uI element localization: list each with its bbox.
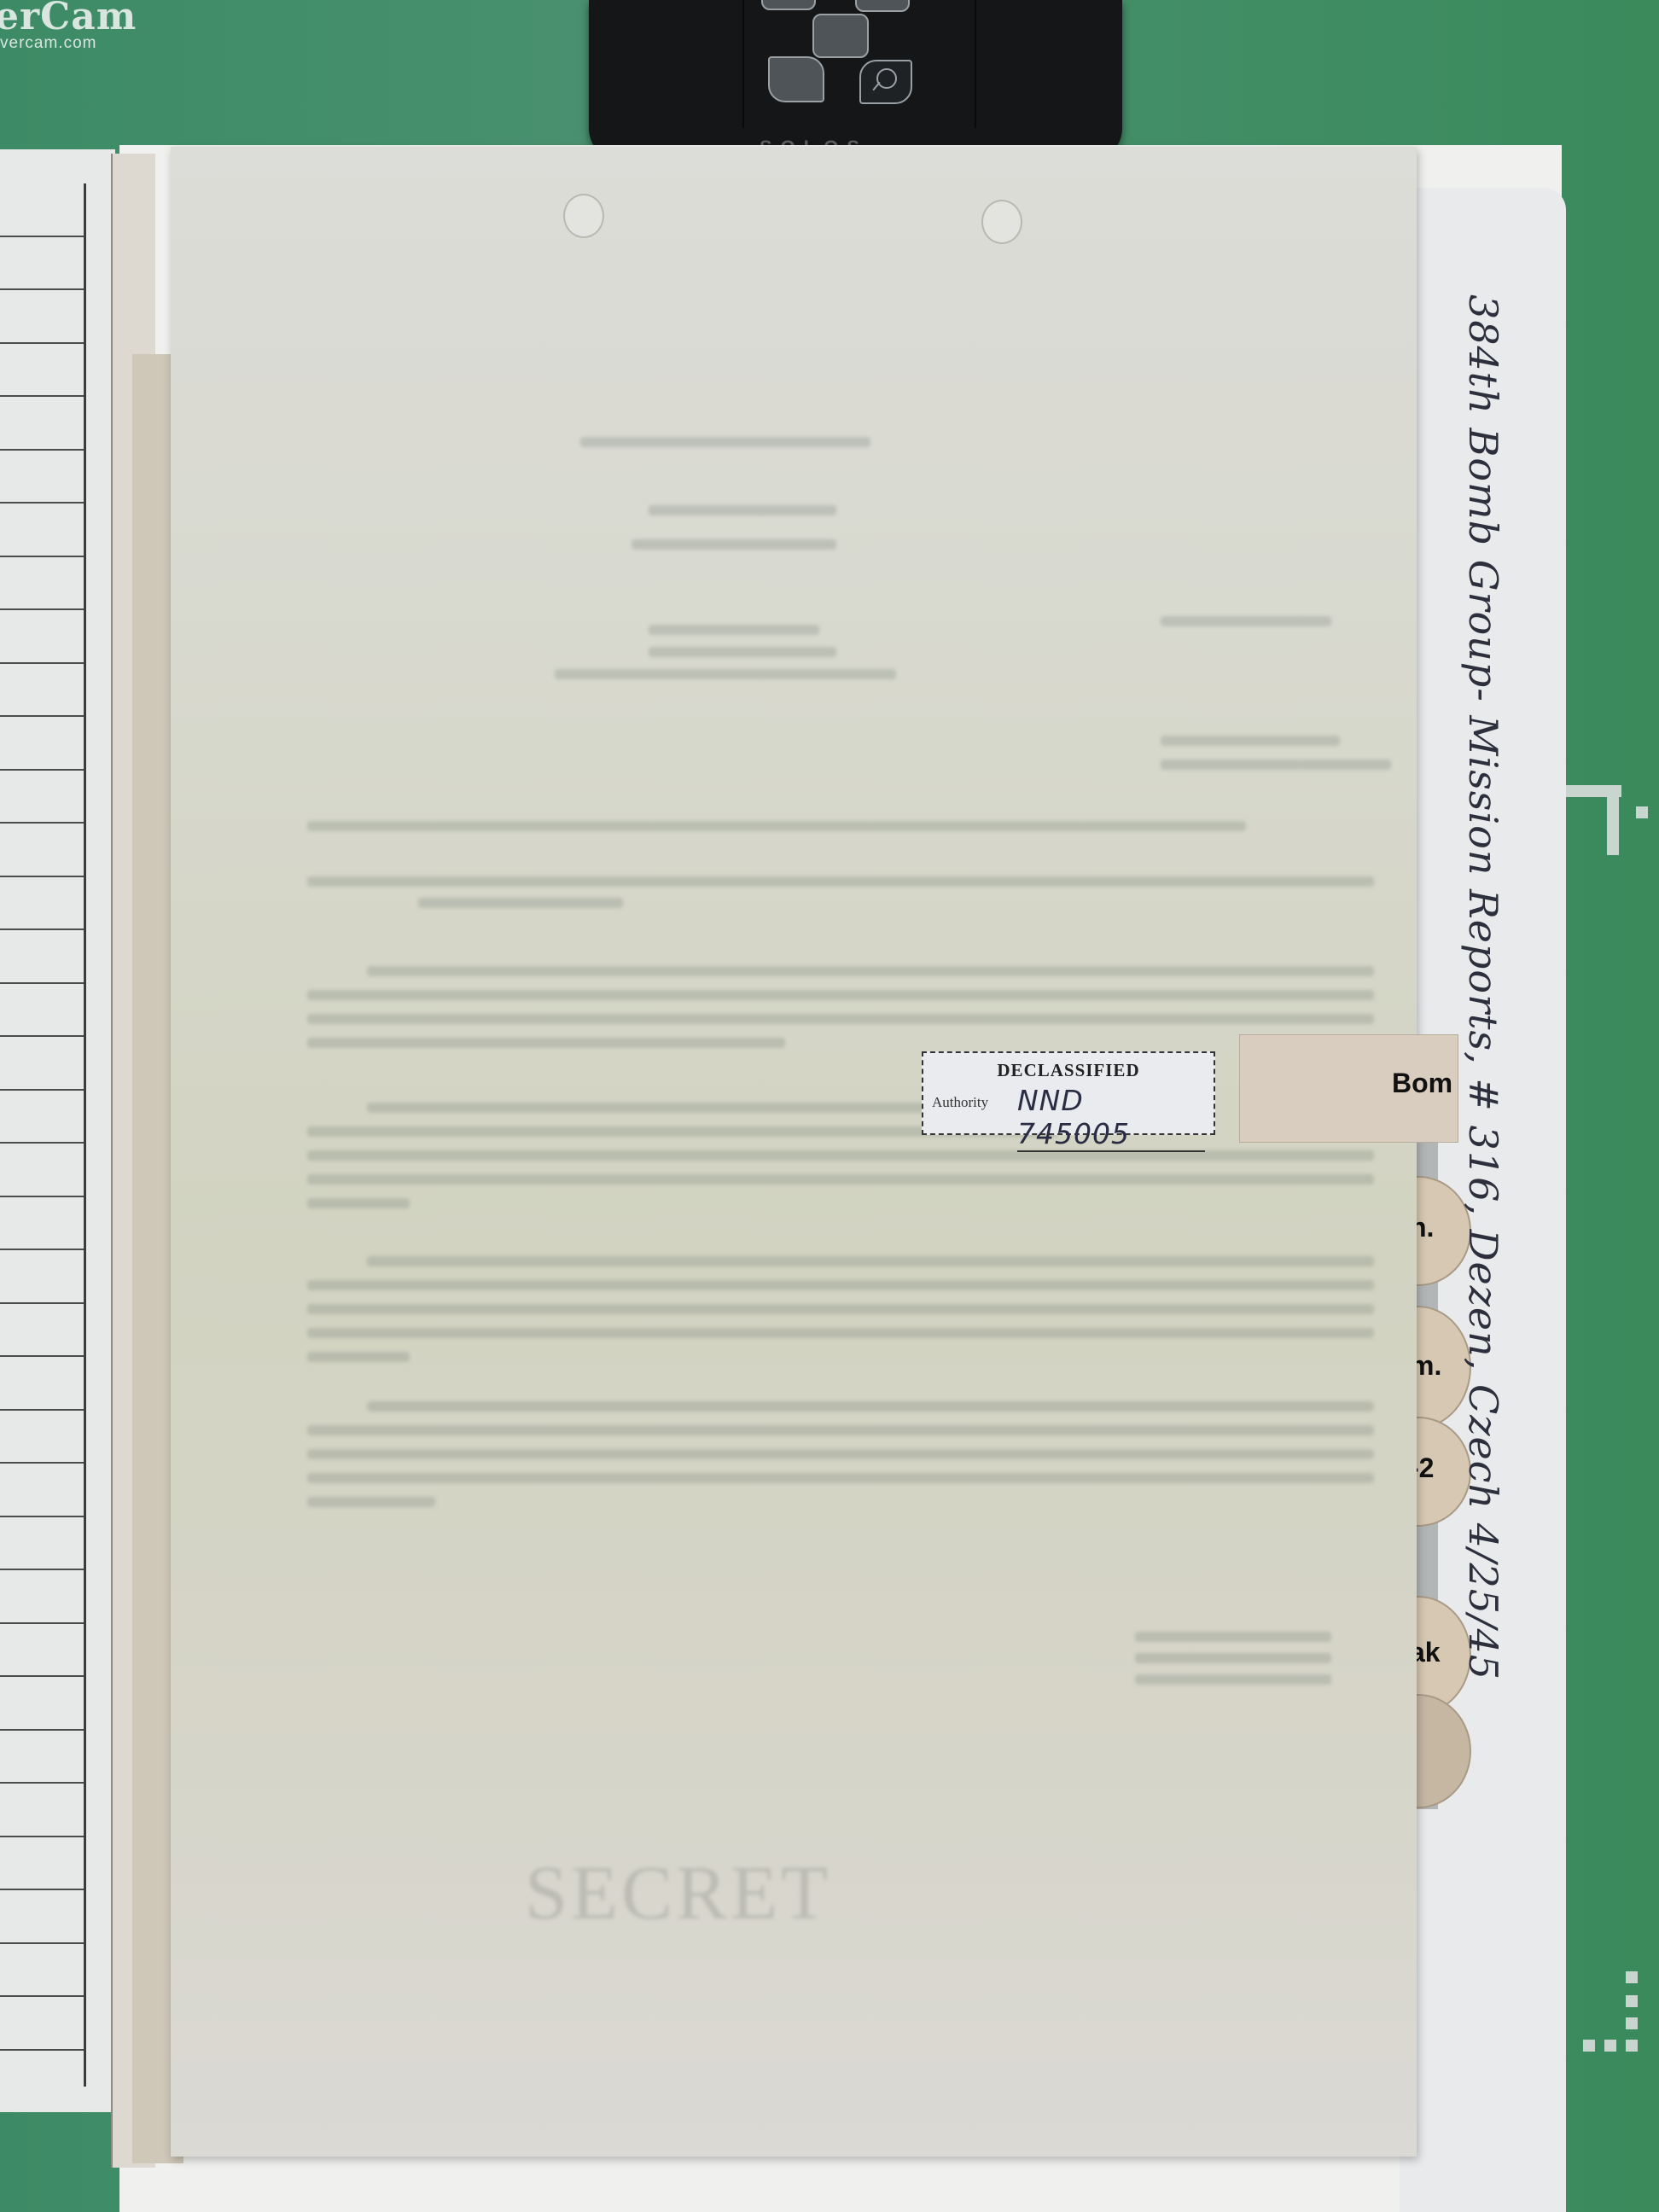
handwritten-folder-label: 384th Bomb Group- Mission Reports, # 316…: [1460, 294, 1506, 1680]
stamp-authority-value: NND 745005: [1017, 1084, 1205, 1152]
document-camera-device: SOLOS: [589, 0, 1122, 162]
button-icon: [768, 56, 824, 102]
adjacent-ruled-form: [0, 149, 115, 2112]
classification-footer: SECRET: [525, 1849, 831, 1937]
divider-tab-main[interactable]: Bom: [1239, 1034, 1458, 1143]
ruled-grid: [0, 183, 86, 2087]
watermark-brand: erCam: [0, 0, 137, 38]
button-icon: [812, 14, 869, 58]
stamp-title: DECLASSIFIED: [923, 1060, 1214, 1081]
punch-hole: [981, 200, 1022, 244]
watermark-url: vercam.com: [0, 34, 96, 53]
document-page: SECRET: [171, 147, 1417, 2157]
device-button-panel: [742, 0, 976, 128]
declassified-stamp: DECLASSIFIED Authority NND 745005: [922, 1051, 1215, 1135]
button-icon: [761, 0, 816, 10]
button-icon: [855, 0, 910, 12]
stamp-authority-label: Authority: [932, 1094, 988, 1111]
punch-hole: [563, 194, 604, 238]
zoom-icon: [859, 60, 912, 104]
